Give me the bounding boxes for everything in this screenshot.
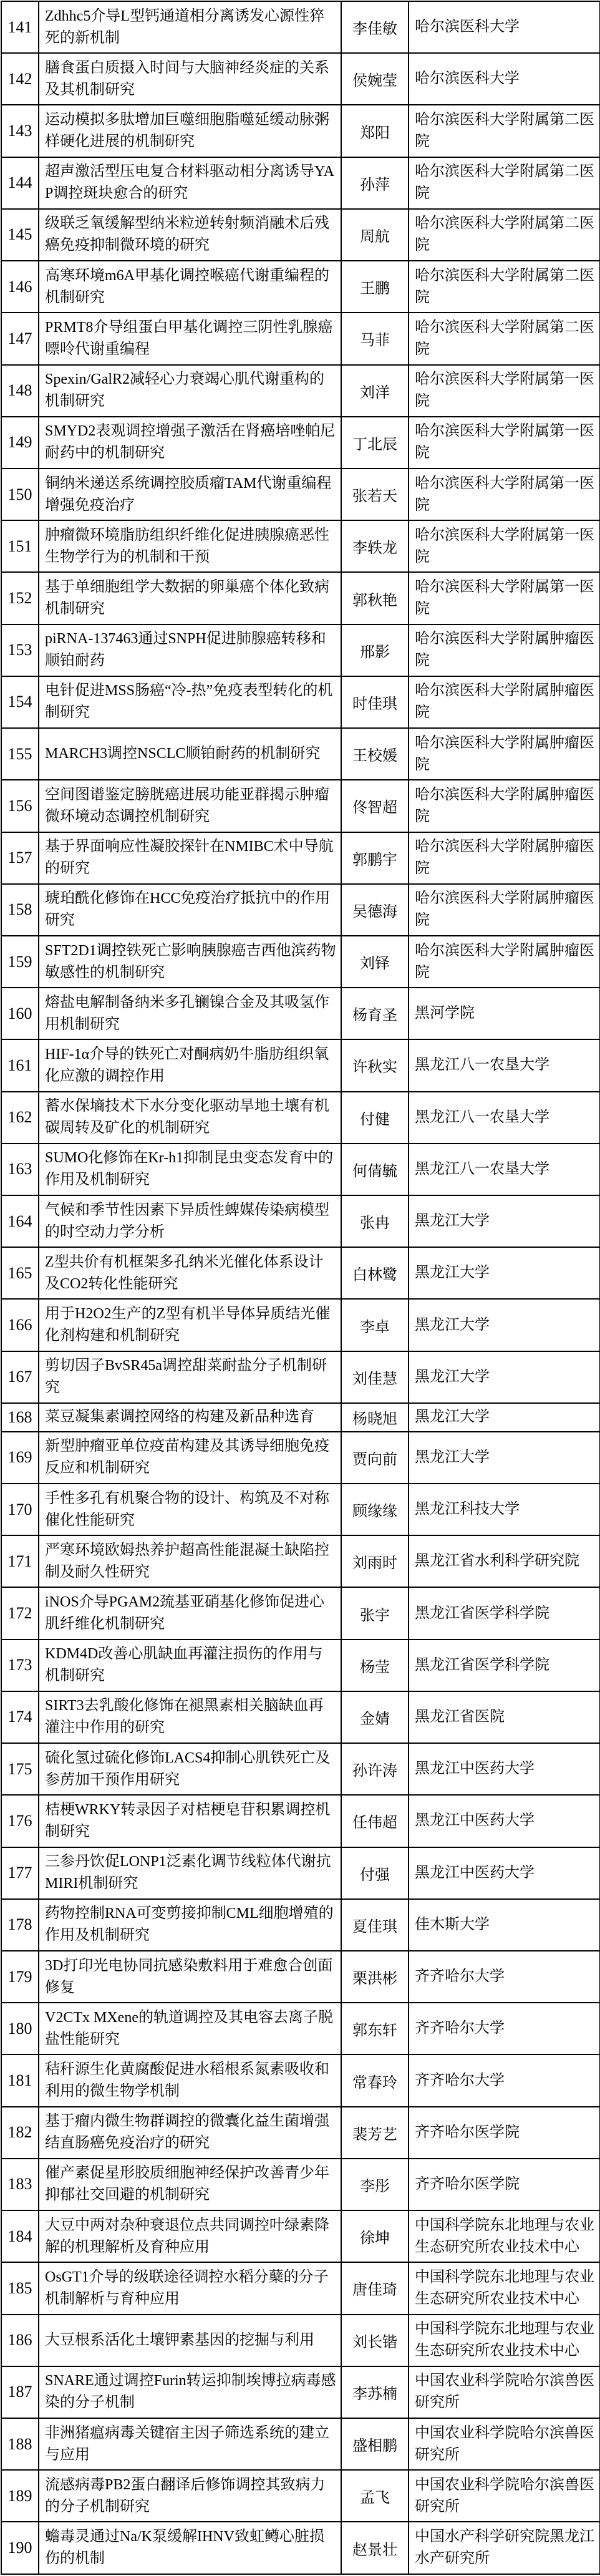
leader-name-cell: 付健: [341, 1092, 409, 1144]
table-row: 158琥珀酰化修饰在HCC免疫治疗抵抗中的作用研究吴德海哈尔滨医科大学附属肿瘤医…: [1, 884, 600, 936]
project-title-cell: SUMO化修饰在Kr-h1抑制昆虫变态发育中的作用及机制研究: [39, 1144, 341, 1195]
leader-name-cell: 张若天: [341, 469, 409, 520]
project-title-cell: 剪切因子BvSR45a调控甜菜耐盐分子机制研究: [39, 1351, 341, 1403]
project-title-cell: 气候和季节性因素下异质性蜱媒传染病模型的时空动力学分析: [39, 1195, 341, 1247]
table-row: 176桔梗WRKY转录因子对桔梗皂苷积累调控机制研究任伟超黑龙江中医药大学: [1, 1795, 600, 1847]
project-title-cell: SNARE通过调控Furin转运抑制埃博拉病毒感染的分子机制: [39, 2366, 341, 2418]
institution-cell: 黑龙江科技大学: [409, 1484, 600, 1535]
institution-cell: 哈尔滨医科大学附属第一医院: [409, 520, 600, 572]
project-title-cell: 铜纳米递送系统调控胶质瘤TAM代谢重编程增强免疫治疗: [39, 469, 341, 520]
table-row: 185OsGT1介导的级联途径调控水稻分蘖的分子机制解析与育种应用唐佳琦中国科学…: [1, 2262, 600, 2314]
institution-cell: 哈尔滨医科大学附属第二医院: [409, 209, 600, 261]
row-number-cell: 160: [1, 988, 39, 1039]
row-number-cell: 188: [1, 2418, 39, 2470]
leader-name-cell: 刘洋: [341, 365, 409, 417]
institution-cell: 齐齐哈尔医学院: [409, 2159, 600, 2210]
project-title-cell: 严寒环境欧姆热养护超高性能混凝土缺陷控制及耐久性研究: [39, 1535, 341, 1587]
project-title-cell: 基于瘤内微生物群调控的微囊化益生菌增强结直肠癌免疫治疗的研究: [39, 2107, 341, 2159]
project-title-cell: 药物控制RNA可变剪接抑制CML细胞增殖的作用及机制研究: [39, 1899, 341, 1951]
project-title-cell: 膳食蛋白质摄入时间与大脑神经炎症的关系及其机制研究: [39, 53, 341, 105]
project-title-cell: V2CTx MXene的轨道调控及其电容去离子脱盐性能研究: [39, 2003, 341, 2054]
row-number-cell: 143: [1, 105, 39, 157]
table-row: 183催产素促星形胶质细胞神经保护改善青少年抑郁社交回避的机制研究李彤齐齐哈尔医…: [1, 2159, 600, 2210]
project-title-cell: 熔盐电解制备纳米多孔镧镍合金及其吸氢作用机制研究: [39, 988, 341, 1039]
table-row: 165Z型共价有机框架多孔纳米光催化体系设计及CO2转化性能研究白林鹭黑龙江大学: [1, 1247, 600, 1299]
table-row: 175硫化氢过硫化修饰LACS4抑制心肌铁死亡及参苈加干预作用研究孙许涛黑龙江中…: [1, 1743, 600, 1795]
table-row: 171严寒环境欧姆热养护超高性能混凝土缺陷控制及耐久性研究刘雨时黑龙江省水利科学…: [1, 1535, 600, 1587]
institution-cell: 黑龙江省医院: [409, 1691, 600, 1743]
institution-cell: 黑龙江省水利科学研究院: [409, 1535, 600, 1587]
project-title-cell: 大豆中两对杂种衰退位点共同调控叶绿素降解的机理解析及育种应用: [39, 2210, 341, 2262]
leader-name-cell: 刘铎: [341, 936, 409, 988]
institution-cell: 哈尔滨医科大学附属第一医院: [409, 417, 600, 469]
row-number-cell: 167: [1, 1351, 39, 1403]
row-number-cell: 184: [1, 2210, 39, 2262]
table-row: 157基于界面响应性凝胶探针在NMIBC术中导航的研究郭鹏宇哈尔滨医科大学附属肿…: [1, 832, 600, 884]
project-title-cell: 硫化氢过硫化修饰LACS4抑制心肌铁死亡及参苈加干预作用研究: [39, 1743, 341, 1795]
leader-name-cell: 孙萍: [341, 157, 409, 209]
institution-cell: 哈尔滨医科大学附属第二医院: [409, 261, 600, 313]
table-row: 146高寒环境m6A甲基化调控喉癌代谢重编程的机制研究王鹏哈尔滨医科大学附属第二…: [1, 261, 600, 313]
institution-cell: 哈尔滨医科大学附属肿瘤医院: [409, 936, 600, 988]
institution-cell: 哈尔滨医科大学: [409, 1, 600, 53]
institution-cell: 齐齐哈尔医学院: [409, 2107, 600, 2159]
table-row: 143运动模拟多肽增加巨噬细胞脂噬延缓动脉粥样硬化进展的机制研究郑阳哈尔滨医科大…: [1, 105, 600, 157]
table-row: 170手性多孔有机聚合物的设计、构筑及不对称催化性能研究顾缘缘黑龙江科技大学: [1, 1484, 600, 1535]
row-number-cell: 159: [1, 936, 39, 988]
project-title-cell: 手性多孔有机聚合物的设计、构筑及不对称催化性能研究: [39, 1484, 341, 1535]
institution-cell: 哈尔滨医科大学附属第一医院: [409, 469, 600, 520]
project-title-cell: 蟾毒灵通过Na/K泵缓解IHNV致虹鳟心脏损伤的机制: [39, 2522, 341, 2574]
table-row: 154电针促进MSS肠癌“冷-热”免疫表型转化的机制研究时佳琪哈尔滨医科大学附属…: [1, 676, 600, 728]
row-number-cell: 155: [1, 728, 39, 780]
leader-name-cell: 张冉: [341, 1195, 409, 1247]
leader-name-cell: 贾向前: [341, 1432, 409, 1484]
table-row: 159SFT2D1调控铁死亡影响胰腺癌吉西他滨药物敏感性的机制研究刘铎哈尔滨医科…: [1, 936, 600, 988]
leader-name-cell: 白林鹭: [341, 1247, 409, 1299]
table-row: 164气候和季节性因素下异质性蜱媒传染病模型的时空动力学分析张冉黑龙江大学: [1, 1195, 600, 1247]
row-number-cell: 149: [1, 417, 39, 469]
institution-cell: 中国农业科学院哈尔滨兽医研究所: [409, 2366, 600, 2418]
institution-cell: 哈尔滨医科大学附属肿瘤医院: [409, 780, 600, 832]
project-title-cell: 非洲猪瘟病毒关键宿主因子筛选系统的建立与应用: [39, 2418, 341, 2470]
row-number-cell: 181: [1, 2054, 39, 2106]
table-row: 172iNOS介导PGAM2巯基亚硝基化修饰促进心肌纤维化机制研究张宇黑龙江省医…: [1, 1587, 600, 1639]
table-row: 167剪切因子BvSR45a调控甜菜耐盐分子机制研究刘佳慧黑龙江大学: [1, 1351, 600, 1403]
projects-table-body: 141Zdhhc5介导L型钙通道相分离诱发心源性猝死的新机制李佳敏哈尔滨医科大学…: [1, 1, 600, 2574]
row-number-cell: 164: [1, 1195, 39, 1247]
row-number-cell: 142: [1, 53, 39, 105]
institution-cell: 哈尔滨医科大学: [409, 53, 600, 105]
project-title-cell: MARCH3调控NSCLC顺铂耐药的机制研究: [39, 728, 341, 780]
leader-name-cell: 王鹏: [341, 261, 409, 313]
row-number-cell: 165: [1, 1247, 39, 1299]
row-number-cell: 152: [1, 572, 39, 624]
table-row: 153piRNA-137463通过SNPH促进肺腺癌转移和顺铂耐药邢影哈尔滨医科…: [1, 625, 600, 676]
institution-cell: 黑龙江中医药大学: [409, 1795, 600, 1847]
project-title-cell: SFT2D1调控铁死亡影响胰腺癌吉西他滨药物敏感性的机制研究: [39, 936, 341, 988]
table-row: 178药物控制RNA可变剪接抑制CML细胞增殖的作用及机制研究夏佳琪佳木斯大学: [1, 1899, 600, 1951]
row-number-cell: 156: [1, 780, 39, 832]
table-row: 189流感病毒PB2蛋白翻译后修饰调控其致病力的分子机制研究孟飞中国农业科学院哈…: [1, 2470, 600, 2522]
leader-name-cell: 李佳敏: [341, 1, 409, 53]
leader-name-cell: 张宇: [341, 1587, 409, 1639]
leader-name-cell: 栗洪彬: [341, 1951, 409, 2003]
institution-cell: 黑龙江大学: [409, 1247, 600, 1299]
table-row: 166用于H2O2生产的Z型有机半导体异质结光催化剂构建和机制研究李卓黑龙江大学: [1, 1299, 600, 1351]
project-title-cell: 桔梗WRKY转录因子对桔梗皂苷积累调控机制研究: [39, 1795, 341, 1847]
leader-name-cell: 李轶龙: [341, 520, 409, 572]
leader-name-cell: 金婧: [341, 1691, 409, 1743]
institution-cell: 黑龙江省医学科学院: [409, 1587, 600, 1639]
institution-cell: 哈尔滨医科大学附属肿瘤医院: [409, 884, 600, 936]
leader-name-cell: 丁北辰: [341, 417, 409, 469]
row-number-cell: 168: [1, 1403, 39, 1432]
project-title-cell: 琥珀酰化修饰在HCC免疫治疗抵抗中的作用研究: [39, 884, 341, 936]
project-title-cell: piRNA-137463通过SNPH促进肺腺癌转移和顺铂耐药: [39, 625, 341, 676]
table-row: 173KDM4D改善心肌缺血再灌注损伤的作用与机制研究杨莹黑龙江省医学科学院: [1, 1640, 600, 1691]
institution-cell: 中国农业科学院哈尔滨兽医研究所: [409, 2470, 600, 2522]
row-number-cell: 150: [1, 469, 39, 520]
project-title-cell: 高寒环境m6A甲基化调控喉癌代谢重编程的机制研究: [39, 261, 341, 313]
institution-cell: 黑龙江八一农垦大学: [409, 1039, 600, 1091]
leader-name-cell: 夏佳琪: [341, 1899, 409, 1951]
table-row: 144超声激活型压电复合材料驱动相分离诱导YAP调控斑块愈合的研究孙萍哈尔滨医科…: [1, 157, 600, 209]
project-title-cell: 催产素促星形胶质细胞神经保护改善青少年抑郁社交回避的机制研究: [39, 2159, 341, 2210]
table-row: 177三参丹饮促LONP1泛素化调节线粒体代谢抗MIRI机制研究付强黑龙江中医药…: [1, 1847, 600, 1899]
leader-name-cell: 郑阳: [341, 105, 409, 157]
institution-cell: 黑龙江八一农垦大学: [409, 1092, 600, 1144]
institution-cell: 黑龙江八一农垦大学: [409, 1144, 600, 1195]
row-number-cell: 185: [1, 2262, 39, 2314]
table-row: 168菜豆凝集素调控网络的构建及新品种选育杨晓旭黑龙江大学: [1, 1403, 600, 1432]
institution-cell: 哈尔滨医科大学附属第二医院: [409, 313, 600, 364]
table-row: 190蟾毒灵通过Na/K泵缓解IHNV致虹鳟心脏损伤的机制赵景壮中国水产科学研究…: [1, 2522, 600, 2574]
institution-cell: 齐齐哈尔大学: [409, 2003, 600, 2054]
institution-cell: 中国水产科学研究院黑龙江水产研究所: [409, 2522, 600, 2574]
project-title-cell: 空间图谱鉴定膀胱癌进展功能亚群揭示肿瘤微环境动态调控机制研究: [39, 780, 341, 832]
institution-cell: 哈尔滨医科大学附属肿瘤医院: [409, 625, 600, 676]
institution-cell: 齐齐哈尔大学: [409, 2054, 600, 2106]
row-number-cell: 172: [1, 1587, 39, 1639]
leader-name-cell: 李彤: [341, 2159, 409, 2210]
table-row: 180V2CTx MXene的轨道调控及其电容去离子脱盐性能研究郭东轩齐齐哈尔大…: [1, 2003, 600, 2054]
leader-name-cell: 周航: [341, 209, 409, 261]
table-row: 184大豆中两对杂种衰退位点共同调控叶绿素降解的机理解析及育种应用徐坤中国科学院…: [1, 2210, 600, 2262]
leader-name-cell: 郭秋艳: [341, 572, 409, 624]
institution-cell: 哈尔滨医科大学附属第二医院: [409, 157, 600, 209]
institution-cell: 黑龙江大学: [409, 1432, 600, 1484]
institution-cell: 中国农业科学院哈尔滨兽医研究所: [409, 2418, 600, 2470]
project-title-cell: 新型肿瘤亚单位疫苗构建及其诱导细胞免疫反应和机制研究: [39, 1432, 341, 1484]
institution-cell: 哈尔滨医科大学附属第二医院: [409, 105, 600, 157]
institution-cell: 中国科学院东北地理与农业生态研究所农业技术中心: [409, 2262, 600, 2314]
row-number-cell: 173: [1, 1640, 39, 1691]
project-title-cell: Z型共价有机框架多孔纳米光催化体系设计及CO2转化性能研究: [39, 1247, 341, 1299]
row-number-cell: 153: [1, 625, 39, 676]
row-number-cell: 175: [1, 1743, 39, 1795]
project-title-cell: 基于单细胞组学大数据的卵巢癌个体化致病机制研究: [39, 572, 341, 624]
institution-cell: 黑龙江大学: [409, 1299, 600, 1351]
project-title-cell: 三参丹饮促LONP1泛素化调节线粒体代谢抗MIRI机制研究: [39, 1847, 341, 1899]
institution-cell: 中国科学院东北地理与农业生态研究所农业技术中心: [409, 2210, 600, 2262]
project-title-cell: 基于界面响应性凝胶探针在NMIBC术中导航的研究: [39, 832, 341, 884]
leader-name-cell: 裴芳艺: [341, 2107, 409, 2159]
row-number-cell: 162: [1, 1092, 39, 1144]
table-row: 155MARCH3调控NSCLC顺铂耐药的机制研究王校媛哈尔滨医科大学附属肿瘤医…: [1, 728, 600, 780]
leader-name-cell: 何倩毓: [341, 1144, 409, 1195]
row-number-cell: 151: [1, 520, 39, 572]
row-number-cell: 171: [1, 1535, 39, 1587]
row-number-cell: 183: [1, 2159, 39, 2210]
table-row: 162蓄水保墒技术下水分变化驱动旱地土壤有机碳周转及矿化的机制研究付健黑龙江八一…: [1, 1092, 600, 1144]
table-row: 169新型肿瘤亚单位疫苗构建及其诱导细胞免疫反应和机制研究贾向前黑龙江大学: [1, 1432, 600, 1484]
leader-name-cell: 赵景壮: [341, 2522, 409, 2574]
table-row: 186大豆根系活化土壤钾素基因的挖掘与利用刘长锴中国科学院东北地理与农业生态研究…: [1, 2315, 600, 2366]
row-number-cell: 144: [1, 157, 39, 209]
leader-name-cell: 常春玲: [341, 2054, 409, 2106]
projects-table: 141Zdhhc5介导L型钙通道相分离诱发心源性猝死的新机制李佳敏哈尔滨医科大学…: [1, 1, 600, 2575]
project-title-cell: Zdhhc5介导L型钙通道相分离诱发心源性猝死的新机制: [39, 1, 341, 53]
project-title-cell: 肿瘤微环境脂肪组织纤维化促进胰腺癌恶性生物学行为的机制和干预: [39, 520, 341, 572]
institution-cell: 黑龙江中医药大学: [409, 1743, 600, 1795]
table-row: 147PRMT8介导组蛋白甲基化调控三阴性乳腺癌嘌呤代谢重编程马菲哈尔滨医科大学…: [1, 313, 600, 364]
project-title-cell: 超声激活型压电复合材料驱动相分离诱导YAP调控斑块愈合的研究: [39, 157, 341, 209]
row-number-cell: 182: [1, 2107, 39, 2159]
row-number-cell: 174: [1, 1691, 39, 1743]
table-row: 187SNARE通过调控Furin转运抑制埃博拉病毒感染的分子机制李苏楠中国农业…: [1, 2366, 600, 2418]
table-row: 161HIF-1α介导的铁死亡对酮病奶牛脂肪组织氧化应激的调控作用许秋实黑龙江八…: [1, 1039, 600, 1091]
project-title-cell: 电针促进MSS肠癌“冷-热”免疫表型转化的机制研究: [39, 676, 341, 728]
project-title-cell: 运动模拟多肽增加巨噬细胞脂噬延缓动脉粥样硬化进展的机制研究: [39, 105, 341, 157]
table-row: 141Zdhhc5介导L型钙通道相分离诱发心源性猝死的新机制李佳敏哈尔滨医科大学: [1, 1, 600, 53]
leader-name-cell: 邢影: [341, 625, 409, 676]
institution-cell: 哈尔滨医科大学附属肿瘤医院: [409, 728, 600, 780]
table-row: 151肿瘤微环境脂肪组织纤维化促进胰腺癌恶性生物学行为的机制和干预李轶龙哈尔滨医…: [1, 520, 600, 572]
row-number-cell: 186: [1, 2315, 39, 2366]
institution-cell: 哈尔滨医科大学附属肿瘤医院: [409, 676, 600, 728]
leader-name-cell: 时佳琪: [341, 676, 409, 728]
row-number-cell: 170: [1, 1484, 39, 1535]
leader-name-cell: 刘雨时: [341, 1535, 409, 1587]
institution-cell: 黑河学院: [409, 988, 600, 1039]
project-title-cell: 菜豆凝集素调控网络的构建及新品种选育: [39, 1403, 341, 1432]
project-title-cell: iNOS介导PGAM2巯基亚硝基化修饰促进心肌纤维化机制研究: [39, 1587, 341, 1639]
leader-name-cell: 杨晓旭: [341, 1403, 409, 1432]
institution-cell: 黑龙江大学: [409, 1195, 600, 1247]
leader-name-cell: 郭东轩: [341, 2003, 409, 2054]
row-number-cell: 148: [1, 365, 39, 417]
leader-name-cell: 付强: [341, 1847, 409, 1899]
leader-name-cell: 吴德海: [341, 884, 409, 936]
project-title-cell: OsGT1介导的级联途径调控水稻分蘖的分子机制解析与育种应用: [39, 2262, 341, 2314]
leader-name-cell: 佟智超: [341, 780, 409, 832]
project-title-cell: 大豆根系活化土壤钾素基因的挖掘与利用: [39, 2315, 341, 2366]
project-title-cell: PRMT8介导组蛋白甲基化调控三阴性乳腺癌嘌呤代谢重编程: [39, 313, 341, 364]
institution-cell: 中国科学院东北地理与农业生态研究所农业技术中心: [409, 2315, 600, 2366]
leader-name-cell: 徐坤: [341, 2210, 409, 2262]
leader-name-cell: 任伟超: [341, 1795, 409, 1847]
table-row: 181秸秆源生化黄腐酸促进水稻根系氮素吸收和利用的微生物学机制常春玲齐齐哈尔大学: [1, 2054, 600, 2106]
project-title-cell: 秸秆源生化黄腐酸促进水稻根系氮素吸收和利用的微生物学机制: [39, 2054, 341, 2106]
table-row: 160熔盐电解制备纳米多孔镧镍合金及其吸氢作用机制研究杨育圣黑河学院: [1, 988, 600, 1039]
project-title-cell: KDM4D改善心肌缺血再灌注损伤的作用与机制研究: [39, 1640, 341, 1691]
institution-cell: 哈尔滨医科大学附属第一医院: [409, 365, 600, 417]
leader-name-cell: 许秋实: [341, 1039, 409, 1091]
project-title-cell: 用于H2O2生产的Z型有机半导体异质结光催化剂构建和机制研究: [39, 1299, 341, 1351]
table-row: 150铜纳米递送系统调控胶质瘤TAM代谢重编程增强免疫治疗张若天哈尔滨医科大学附…: [1, 469, 600, 520]
row-number-cell: 147: [1, 313, 39, 364]
row-number-cell: 157: [1, 832, 39, 884]
table-row: 188非洲猪瘟病毒关键宿主因子筛选系统的建立与应用盛相鹏中国农业科学院哈尔滨兽医…: [1, 2418, 600, 2470]
project-title-cell: HIF-1α介导的铁死亡对酮病奶牛脂肪组织氧化应激的调控作用: [39, 1039, 341, 1091]
project-title-cell: Spexin/GalR2减轻心力衰竭心肌代谢重构的机制研究: [39, 365, 341, 417]
table-row: 149SMYD2表观调控增强子激活在肾癌培唑帕尼耐药中的机制研究丁北辰哈尔滨医科…: [1, 417, 600, 469]
leader-name-cell: 孟飞: [341, 2470, 409, 2522]
leader-name-cell: 郭鹏宇: [341, 832, 409, 884]
document-page: 141Zdhhc5介导L型钙通道相分离诱发心源性猝死的新机制李佳敏哈尔滨医科大学…: [0, 0, 600, 2576]
table-row: 152基于单细胞组学大数据的卵巢癌个体化致病机制研究郭秋艳哈尔滨医科大学附属第一…: [1, 572, 600, 624]
leader-name-cell: 唐佳琦: [341, 2262, 409, 2314]
leader-name-cell: 刘长锴: [341, 2315, 409, 2366]
leader-name-cell: 孙许涛: [341, 1743, 409, 1795]
leader-name-cell: 李苏楠: [341, 2366, 409, 2418]
row-number-cell: 141: [1, 1, 39, 53]
institution-cell: 齐齐哈尔大学: [409, 1951, 600, 2003]
row-number-cell: 163: [1, 1144, 39, 1195]
institution-cell: 哈尔滨医科大学附属肿瘤医院: [409, 832, 600, 884]
row-number-cell: 179: [1, 1951, 39, 2003]
leader-name-cell: 杨莹: [341, 1640, 409, 1691]
leader-name-cell: 杨育圣: [341, 988, 409, 1039]
project-title-cell: SIRT3去乳酸化修饰在褪黑素相关脑缺血再灌注中作用的研究: [39, 1691, 341, 1743]
institution-cell: 黑龙江省医学科学院: [409, 1640, 600, 1691]
project-title-cell: 蓄水保墒技术下水分变化驱动旱地土壤有机碳周转及矿化的机制研究: [39, 1092, 341, 1144]
institution-cell: 佳木斯大学: [409, 1899, 600, 1951]
table-row: 156空间图谱鉴定膀胱癌进展功能亚群揭示肿瘤微环境动态调控机制研究佟智超哈尔滨医…: [1, 780, 600, 832]
row-number-cell: 190: [1, 2522, 39, 2574]
institution-cell: 哈尔滨医科大学附属第一医院: [409, 572, 600, 624]
table-row: 182基于瘤内微生物群调控的微囊化益生菌增强结直肠癌免疫治疗的研究裴芳艺齐齐哈尔…: [1, 2107, 600, 2159]
project-title-cell: 3D打印光电协同抗感染敷料用于难愈合创面修复: [39, 1951, 341, 2003]
row-number-cell: 180: [1, 2003, 39, 2054]
row-number-cell: 169: [1, 1432, 39, 1484]
institution-cell: 黑龙江大学: [409, 1403, 600, 1432]
leader-name-cell: 李卓: [341, 1299, 409, 1351]
row-number-cell: 187: [1, 2366, 39, 2418]
table-row: 174SIRT3去乳酸化修饰在褪黑素相关脑缺血再灌注中作用的研究金婧黑龙江省医院: [1, 1691, 600, 1743]
leader-name-cell: 盛相鹏: [341, 2418, 409, 2470]
table-row: 142膳食蛋白质摄入时间与大脑神经炎症的关系及其机制研究侯婉莹哈尔滨医科大学: [1, 53, 600, 105]
row-number-cell: 166: [1, 1299, 39, 1351]
table-row: 163SUMO化修饰在Kr-h1抑制昆虫变态发育中的作用及机制研究何倩毓黑龙江八…: [1, 1144, 600, 1195]
row-number-cell: 145: [1, 209, 39, 261]
row-number-cell: 161: [1, 1039, 39, 1091]
leader-name-cell: 王校媛: [341, 728, 409, 780]
row-number-cell: 178: [1, 1899, 39, 1951]
leader-name-cell: 侯婉莹: [341, 53, 409, 105]
row-number-cell: 154: [1, 676, 39, 728]
table-row: 145级联乏氧缓解型纳米粒逆转射频消融术后残癌免疫抑制微环境的研究周航哈尔滨医科…: [1, 209, 600, 261]
row-number-cell: 158: [1, 884, 39, 936]
table-row: 148Spexin/GalR2减轻心力衰竭心肌代谢重构的机制研究刘洋哈尔滨医科大…: [1, 365, 600, 417]
row-number-cell: 176: [1, 1795, 39, 1847]
row-number-cell: 146: [1, 261, 39, 313]
leader-name-cell: 刘佳慧: [341, 1351, 409, 1403]
row-number-cell: 189: [1, 2470, 39, 2522]
institution-cell: 黑龙江大学: [409, 1351, 600, 1403]
project-title-cell: 级联乏氧缓解型纳米粒逆转射频消融术后残癌免疫抑制微环境的研究: [39, 209, 341, 261]
leader-name-cell: 顾缘缘: [341, 1484, 409, 1535]
table-row: 1793D打印光电协同抗感染敷料用于难愈合创面修复栗洪彬齐齐哈尔大学: [1, 1951, 600, 2003]
institution-cell: 黑龙江中医药大学: [409, 1847, 600, 1899]
row-number-cell: 177: [1, 1847, 39, 1899]
project-title-cell: 流感病毒PB2蛋白翻译后修饰调控其致病力的分子机制研究: [39, 2470, 341, 2522]
leader-name-cell: 马菲: [341, 313, 409, 364]
project-title-cell: SMYD2表观调控增强子激活在肾癌培唑帕尼耐药中的机制研究: [39, 417, 341, 469]
